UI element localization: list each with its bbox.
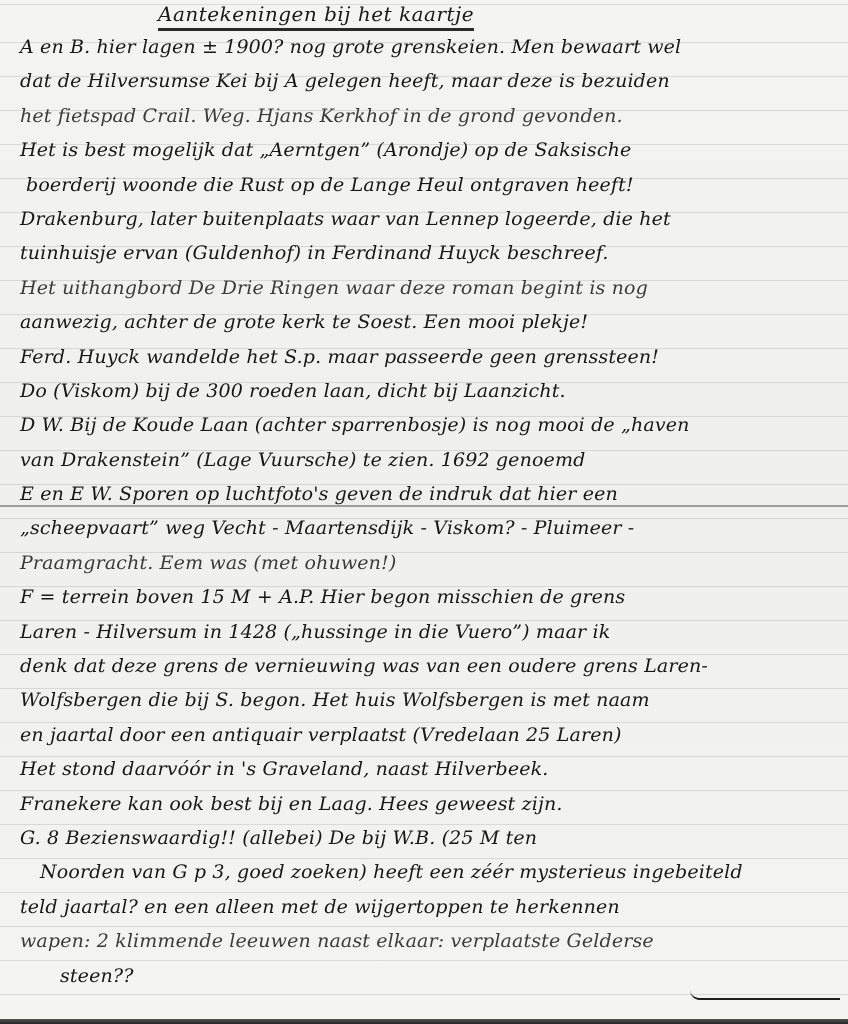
handwritten-text-block: A en B. hier lagen ± 1900? nog grote gre… <box>20 30 840 993</box>
text-line: teld jaartal? en een alleen met de wijge… <box>20 890 840 924</box>
text-line: tuinhuisje ervan (Guldenhof) in Ferdinan… <box>20 236 840 270</box>
text-line: Noorden van G p 3, goed zoeken) heeft ee… <box>20 855 840 889</box>
text-line: boerderij woonde die Rust op de Lange He… <box>20 168 840 202</box>
text-line: wapen: 2 klimmende leeuwen naast elkaar:… <box>20 924 840 958</box>
text-line: Wolfsbergen die bij S. begon. Het huis W… <box>20 683 840 717</box>
text-line: D W. Bij de Koude Laan (achter sparrenbo… <box>20 408 840 442</box>
text-line: Het uithangbord De Drie Ringen waar deze… <box>20 271 840 305</box>
text-line: aanwezig, achter de grote kerk te Soest.… <box>20 305 840 339</box>
text-line: F = terrein boven 15 M + A.P. Hier begon… <box>20 580 840 614</box>
page-heading: Aantekeningen bij het kaartje <box>158 2 474 31</box>
text-line: Drakenburg, later buitenplaats waar van … <box>20 202 840 236</box>
text-line: en jaartal door een antiquair verplaatst… <box>20 718 840 752</box>
text-line: Ferd. Huyck wandelde het S.p. maar passe… <box>20 340 840 374</box>
underline-flourish <box>690 984 840 1000</box>
text-line: van Drakenstein” (Lage Vuursche) te zien… <box>20 443 840 477</box>
page-bottom-edge <box>0 1019 848 1024</box>
letter-page: Aantekeningen bij het kaartje A en B. hi… <box>0 0 848 1024</box>
text-line: het fietspad Crail. Weg. Hjans Kerkhof i… <box>20 99 840 133</box>
text-line: Het is best mogelijk dat „Aerntgen” (Aro… <box>20 133 840 167</box>
text-line: Het stond daarvóór in 's Graveland, naas… <box>20 752 840 786</box>
text-line: Laren - Hilversum in 1428 („hussinge in … <box>20 615 840 649</box>
text-line: dat de Hilversumse Kei bij A gelegen hee… <box>20 64 840 98</box>
text-line: Franekere kan ook best bij en Laag. Hees… <box>20 787 840 821</box>
text-line: E en E W. Sporen op luchtfoto's geven de… <box>20 477 840 511</box>
text-line: Do (Viskom) bij de 300 roeden laan, dich… <box>20 374 840 408</box>
text-line: A en B. hier lagen ± 1900? nog grote gre… <box>20 30 840 64</box>
text-line: „scheepvaart” weg Vecht - Maartensdijk -… <box>20 511 840 545</box>
text-line: G. 8 Bezienswaardig!! (allebei) De bij W… <box>20 821 840 855</box>
text-line: denk dat deze grens de vernieuwing was v… <box>20 649 840 683</box>
text-line: Praamgracht. Eem was (met ohuwen!) <box>20 546 840 580</box>
